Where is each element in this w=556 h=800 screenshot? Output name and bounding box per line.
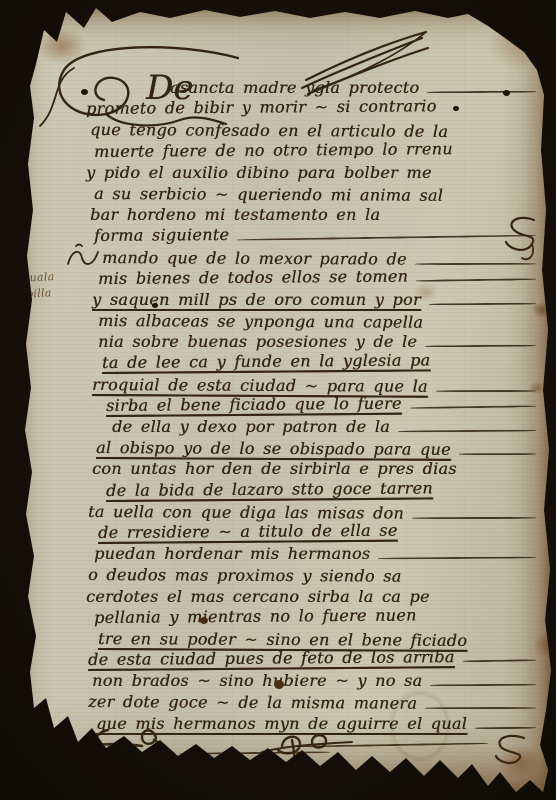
line-filler-stroke: [237, 235, 536, 241]
line-text: muerte fuere de no otro tiempo lo rrenu: [94, 139, 453, 161]
line-text: bar hordeno mi testamento en la: [90, 205, 380, 224]
manuscript-line: forma siguiente: [94, 223, 536, 248]
line-end-flourish: [498, 212, 542, 264]
manuscript-line: muerte fuere de no otro tiempo lo rrenu: [94, 138, 536, 163]
manuscript-line: sirba el bene ficiado que lo fuere: [106, 392, 536, 417]
ink-blot: [81, 89, 88, 95]
manuscript-line: zer dote goce ~ de la misma manera: [88, 692, 536, 716]
manuscript-line: puedan hordenar mis hermanos: [94, 544, 536, 565]
manuscript-line: de esta ciudad pues de feto de los arrib…: [88, 647, 536, 672]
line-filler-stroke: [416, 278, 536, 282]
line-filler-stroke: [429, 303, 536, 306]
line-text: sirba el bene ficiado que lo fuere: [106, 393, 402, 414]
manuscript-line: de ella y dexo por patron de la: [112, 417, 536, 438]
line-text: mis bienes de todos ellos se tomen: [98, 266, 408, 287]
line-text: prometo de bibir y morir ~ si contrario: [86, 96, 437, 118]
manuscript-line: al obispo yo de lo se obispado para que: [96, 438, 536, 461]
ink-blot: [274, 680, 284, 689]
rubric-end-curl: [488, 730, 532, 764]
line-text: cerdotes el mas cercano sirba la ca pe: [86, 587, 430, 606]
line-text: non brados ~ sino hubiere ~ y no sa: [92, 671, 422, 690]
line-text: con untas hor den de sirbirla e pres dia…: [92, 459, 457, 478]
line-filler-stroke: [410, 405, 536, 409]
line-filler-stroke: [459, 453, 536, 455]
line-text: a su serbicio ~ queriendo mi anima sal: [94, 184, 443, 205]
line-filler-stroke: [463, 659, 536, 662]
line-text: de esta ciudad pues de feto de los arrib…: [88, 647, 455, 669]
signature-rubric-center: [256, 726, 356, 794]
line-text: forma siguiente: [94, 225, 229, 245]
line-text: de ella y dexo por patron de la: [112, 417, 390, 436]
line-filler-stroke: [425, 708, 536, 710]
line-text: asancta madre ygla protecto: [170, 78, 419, 97]
line-filler-stroke: [475, 727, 536, 729]
line-text: rroquial de esta ciudad ~ para que la: [92, 375, 428, 396]
ink-blot: [503, 90, 510, 96]
manuscript-line: de rresidiere ~ a titulo de ella se: [98, 519, 536, 544]
line-text: de la bida de lazaro stto goce tarren: [106, 478, 433, 500]
line-filler-stroke: [425, 345, 536, 348]
ink-blot: [453, 106, 459, 111]
signature-rubric-left: [70, 724, 192, 796]
manuscript-line: a su serbicio ~ queriendo mi anima sal: [94, 184, 536, 208]
line-text: ta uella con que diga las misas don: [88, 502, 404, 523]
line-filler-stroke: [430, 684, 536, 687]
line-text: y pido el auxilio dibino para bolber me: [86, 163, 432, 182]
line-text: pellania y mientras no lo fuere nuen: [94, 605, 417, 627]
margin-note-line: nia.: [3, 300, 74, 320]
line-filler-stroke: [436, 390, 536, 392]
line-text: mis albaceas se ynponga una capella: [98, 311, 423, 332]
ink-blot: [200, 617, 208, 624]
manuscript-text: asancta madre ygla protecto prometo de b…: [86, 78, 536, 735]
line-filler-stroke: [398, 430, 536, 433]
ink-blot: [16, 584, 29, 599]
manuscript-line: ta de lee ca y funde en la yglesia pa: [102, 350, 536, 375]
line-filler-stroke: [378, 557, 536, 560]
manuscript-line: y saquen mill ps de oro comun y por: [92, 290, 536, 311]
line-filler-stroke: [427, 91, 536, 94]
line-text: al obispo yo de lo se obispado para que: [96, 438, 451, 459]
line-text: que tengo confesado en el articulo de la: [90, 120, 448, 141]
manuscript-line: y pido el auxilio dibino para bolber me: [86, 163, 536, 184]
manuscript-line: prometo de bibir y morir ~ si contrario: [86, 96, 536, 121]
manuscript-line: o deudos mas proximos y siendo sa: [88, 565, 536, 589]
manuscript-line: pellania y mientras no lo fuere nuen: [94, 604, 536, 629]
line-text: de rresidiere ~ a titulo de ella se: [98, 521, 398, 542]
manuscript-line: non brados ~ sino hubiere ~ y no sa: [92, 671, 536, 692]
line-text: mando que de lo mexor parado de: [102, 248, 407, 269]
ink-blot: [152, 303, 158, 308]
line-text: zer dote goce ~ de la misma manera: [88, 692, 417, 713]
line-text: y saquen mill ps de oro comun y por: [92, 290, 421, 309]
manuscript-line: de la bida de lazaro stto goce tarren: [106, 477, 536, 502]
line-text: puedan hordenar mis hermanos: [94, 544, 370, 563]
line-text: nia sobre buenas posesiones y de le: [98, 332, 417, 351]
manuscript-line: mis albaceas se ynponga una capella: [98, 311, 536, 334]
manuscript-line: mis bienes de todos ellos se tomen: [98, 265, 536, 290]
line-text: ta de lee ca y funde en la yglesia pa: [102, 351, 430, 373]
photo-background: De ojo chaguala y capilla nia. asancta m…: [0, 0, 556, 800]
line-text: o deudos mas proximos y siendo sa: [88, 565, 402, 586]
manuscript-page: De ojo chaguala y capilla nia. asancta m…: [0, 0, 556, 800]
